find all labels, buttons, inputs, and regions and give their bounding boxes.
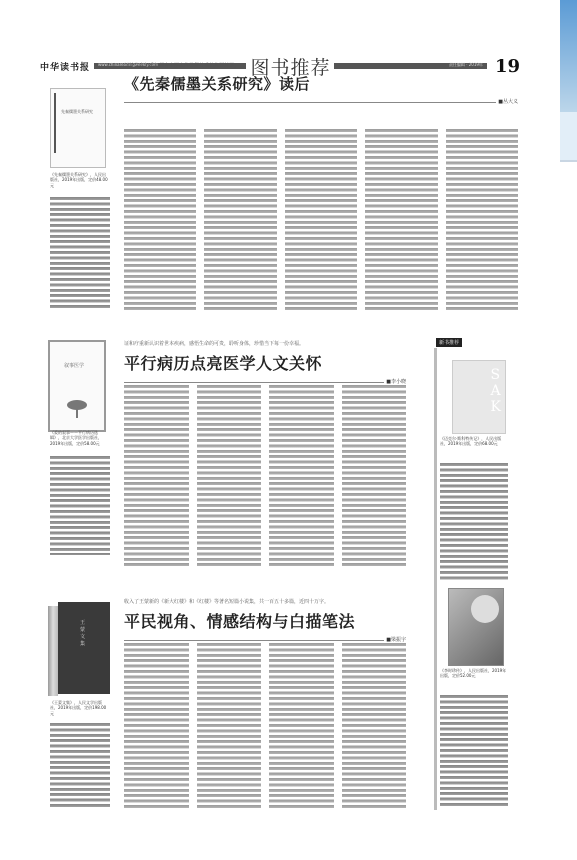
sidebar-book-cover-2 xyxy=(448,588,504,666)
book-caption-2: 《爱的叙事——平行病历选辑》，北京大学医学出版社，2019年出版，定价58.00… xyxy=(50,430,108,450)
book-cover-2: 叙事医学 xyxy=(48,340,106,432)
book-caption-1: 《先秦儒墨关系研究》，人民出版社，2019年出版，定价48.00元 xyxy=(50,172,108,190)
article-3: 收入了王蒙新的《新大红楼》和《红楼》等著名短篇小说集，共一百五十多篇，近四十万字… xyxy=(124,598,406,641)
sidebar-text-1 xyxy=(440,462,508,582)
cover-letters: SAK xyxy=(491,367,501,415)
sidebar-label: 新书推荐 xyxy=(436,338,462,347)
text-column xyxy=(204,128,276,310)
text-column xyxy=(269,384,334,568)
article-kicker: 证和疗重新认识着世本疾病，感悟生命的可贵，聆听身体，珍惜当下每一份幸福。 xyxy=(124,340,406,347)
article-headline[interactable]: 《先秦儒墨关系研究》读后 xyxy=(124,73,518,94)
article-1: 以单片皮包系与都合中国古代墨翻关系的扎漂精展。 《先秦儒墨关系研究》读后 ■丛大… xyxy=(124,62,518,103)
text-column xyxy=(365,128,437,310)
book-cover-1: 先秦儒墨关系研究 xyxy=(50,88,106,168)
article-1-body xyxy=(124,128,518,310)
article-kicker: 以单片皮包系与都合中国古代墨翻关系的扎漂精展。 xyxy=(124,62,518,69)
text-column xyxy=(446,128,518,310)
left-column-text-2 xyxy=(50,455,110,555)
cover-title: 叙事医学 xyxy=(64,362,84,369)
sidebar-divider xyxy=(434,348,437,810)
cover-title: 王蒙文集 xyxy=(80,620,86,648)
book-caption-3: 《王蒙文集》，人民文学出版社，2019年出版，定价198.00元 xyxy=(50,700,108,718)
headline-rule: ■丛大义 xyxy=(124,102,518,103)
cover-spine-line xyxy=(54,93,56,153)
text-column xyxy=(285,128,357,310)
sidebar-text-2 xyxy=(440,694,508,808)
side-scroll-tab[interactable] xyxy=(560,0,577,112)
newspaper-logo: 中华读书报 xyxy=(40,60,90,73)
left-column-text-1 xyxy=(50,196,110,308)
text-column xyxy=(124,384,189,568)
cover-title: 先秦儒墨关系研究 xyxy=(61,109,93,115)
article-2-body xyxy=(124,384,406,568)
box-side xyxy=(48,606,58,696)
article-2: 证和疗重新认识着世本疾病，感悟生命的可贵，聆听身体，珍惜当下每一份幸福。 平行病… xyxy=(124,340,406,383)
book-cover-3: 王蒙文集 xyxy=(48,600,110,696)
article-headline[interactable]: 平行病历点亮医学人文关怀 xyxy=(124,351,406,374)
text-column xyxy=(197,384,262,568)
moon-icon xyxy=(471,595,499,623)
text-column xyxy=(197,642,262,808)
headline-rule: ■李小晓 xyxy=(124,382,406,383)
article-byline: ■丛大义 xyxy=(496,98,518,105)
newspaper-page: 中华读书报 www.chinareadingweekly.com 图书推荐 责任… xyxy=(0,0,577,860)
text-column xyxy=(342,384,407,568)
sidebar-caption-2: 《李时珍传》，人民出版社，2019年出版，定价52.00元 xyxy=(440,668,508,690)
text-column xyxy=(124,642,189,808)
left-column-text-3 xyxy=(50,722,110,808)
headline-rule: ■梁振宇 xyxy=(124,640,406,641)
article-3-body xyxy=(124,642,406,808)
text-column xyxy=(269,642,334,808)
sidebar-book-cover-1: SAK xyxy=(452,360,506,434)
text-column xyxy=(124,128,196,310)
tree-trunk xyxy=(76,408,78,418)
article-kicker: 收入了王蒙新的《新大红楼》和《红楼》等著名短篇小说集，共一百五十多篇，近四十万字… xyxy=(124,598,406,605)
side-tab-lower xyxy=(560,112,577,162)
text-column xyxy=(342,642,407,808)
article-headline[interactable]: 平民视角、情感结构与白描笔法 xyxy=(124,609,406,632)
sidebar-caption-1: 《迈克尔·斯科特传记》，人民出版社，2019年出版，定价68.00元 xyxy=(440,436,508,458)
box-front xyxy=(58,602,110,694)
